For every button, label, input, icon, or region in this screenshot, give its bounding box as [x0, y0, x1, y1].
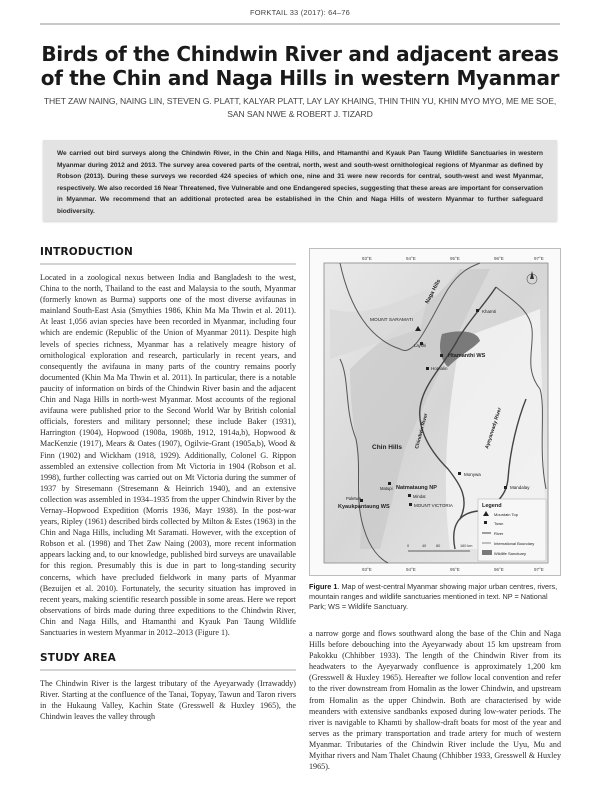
- svg-text:Natmataung NP: Natmataung NP: [396, 485, 437, 491]
- left-column: INTRODUCTION Located in a zoological nex…: [40, 246, 296, 722]
- introduction-heading: INTRODUCTION: [40, 246, 296, 265]
- figure-caption-label: Figure 1: [309, 582, 337, 591]
- figure-caption: Figure 1. Map of west-central Myanmar sh…: [309, 582, 561, 612]
- study-area-text-left: The Chindwin River is the largest tribut…: [40, 678, 296, 722]
- svg-text:Mandalay: Mandalay: [510, 485, 530, 490]
- svg-text:97°E: 97°E: [534, 567, 544, 572]
- svg-text:MOUNT VICTORIA: MOUNT VICTORIA: [414, 503, 453, 508]
- running-head: FORKTAIL 33 (2017): 64–76: [0, 8, 600, 17]
- study-area-text-right: a narrow gorge and flows southward along…: [309, 628, 561, 772]
- map-graphic: 93°E 94°E 95°E 96°E 97°E 93°E 94°E 95°E …: [310, 249, 562, 577]
- svg-text:International Boundary: International Boundary: [494, 541, 534, 546]
- map-legend: Legend Mountain Top Town River Internati…: [478, 499, 546, 561]
- svg-text:96°E: 96°E: [494, 567, 504, 572]
- svg-text:Mindat: Mindat: [413, 494, 426, 499]
- svg-text:Monywa: Monywa: [464, 472, 481, 477]
- svg-text:Mountain Top: Mountain Top: [494, 512, 519, 517]
- svg-text:94°E: 94°E: [406, 256, 416, 261]
- svg-text:0: 0: [407, 544, 409, 548]
- svg-text:River: River: [494, 531, 504, 536]
- svg-text:Matupi: Matupi: [380, 486, 393, 491]
- svg-text:Kyaukpantaung WS: Kyaukpantaung WS: [338, 504, 390, 510]
- svg-text:40: 40: [422, 544, 426, 548]
- svg-text:Town: Town: [494, 521, 503, 526]
- svg-text:Chin Hills: Chin Hills: [372, 444, 402, 451]
- svg-text:95°E: 95°E: [450, 256, 460, 261]
- article-title: Birds of the Chindwin River and adjacent…: [30, 42, 570, 90]
- svg-text:Wildlife Sanctuary: Wildlife Sanctuary: [494, 551, 526, 556]
- article-authors: THET ZAW NAING, NAING LIN, STEVEN G. PLA…: [40, 95, 560, 121]
- svg-text:93°E: 93°E: [362, 567, 372, 572]
- figure-1-map: 93°E 94°E 95°E 96°E 97°E 93°E 94°E 95°E …: [309, 248, 561, 576]
- study-area-heading: STUDY AREA: [40, 652, 296, 671]
- svg-text:Legend: Legend: [482, 503, 502, 509]
- header-rule: [40, 23, 560, 25]
- svg-text:160 km: 160 km: [460, 544, 472, 548]
- introduction-text: Located in a zoological nexus between In…: [40, 272, 296, 638]
- svg-text:Homalin: Homalin: [431, 366, 448, 371]
- abstract-box: We carried out bird surveys along the Ch…: [43, 140, 557, 221]
- svg-text:94°E: 94°E: [406, 567, 416, 572]
- svg-text:MOUNT SARAMATI: MOUNT SARAMATI: [370, 317, 413, 323]
- svg-text:97°E: 97°E: [534, 256, 544, 261]
- svg-text:96°E: 96°E: [494, 256, 504, 261]
- svg-text:Htamanthi WS: Htamanthi WS: [448, 353, 486, 359]
- svg-text:Khamti: Khamti: [482, 309, 496, 314]
- svg-text:80: 80: [436, 544, 440, 548]
- svg-text:95°E: 95°E: [450, 567, 460, 572]
- right-column: 93°E 94°E 95°E 96°E 97°E 93°E 94°E 95°E …: [309, 248, 561, 772]
- figure-caption-text: . Map of west-central Myanmar showing ma…: [309, 582, 557, 611]
- svg-text:Paletwa: Paletwa: [346, 496, 362, 501]
- svg-text:93°E: 93°E: [362, 256, 372, 261]
